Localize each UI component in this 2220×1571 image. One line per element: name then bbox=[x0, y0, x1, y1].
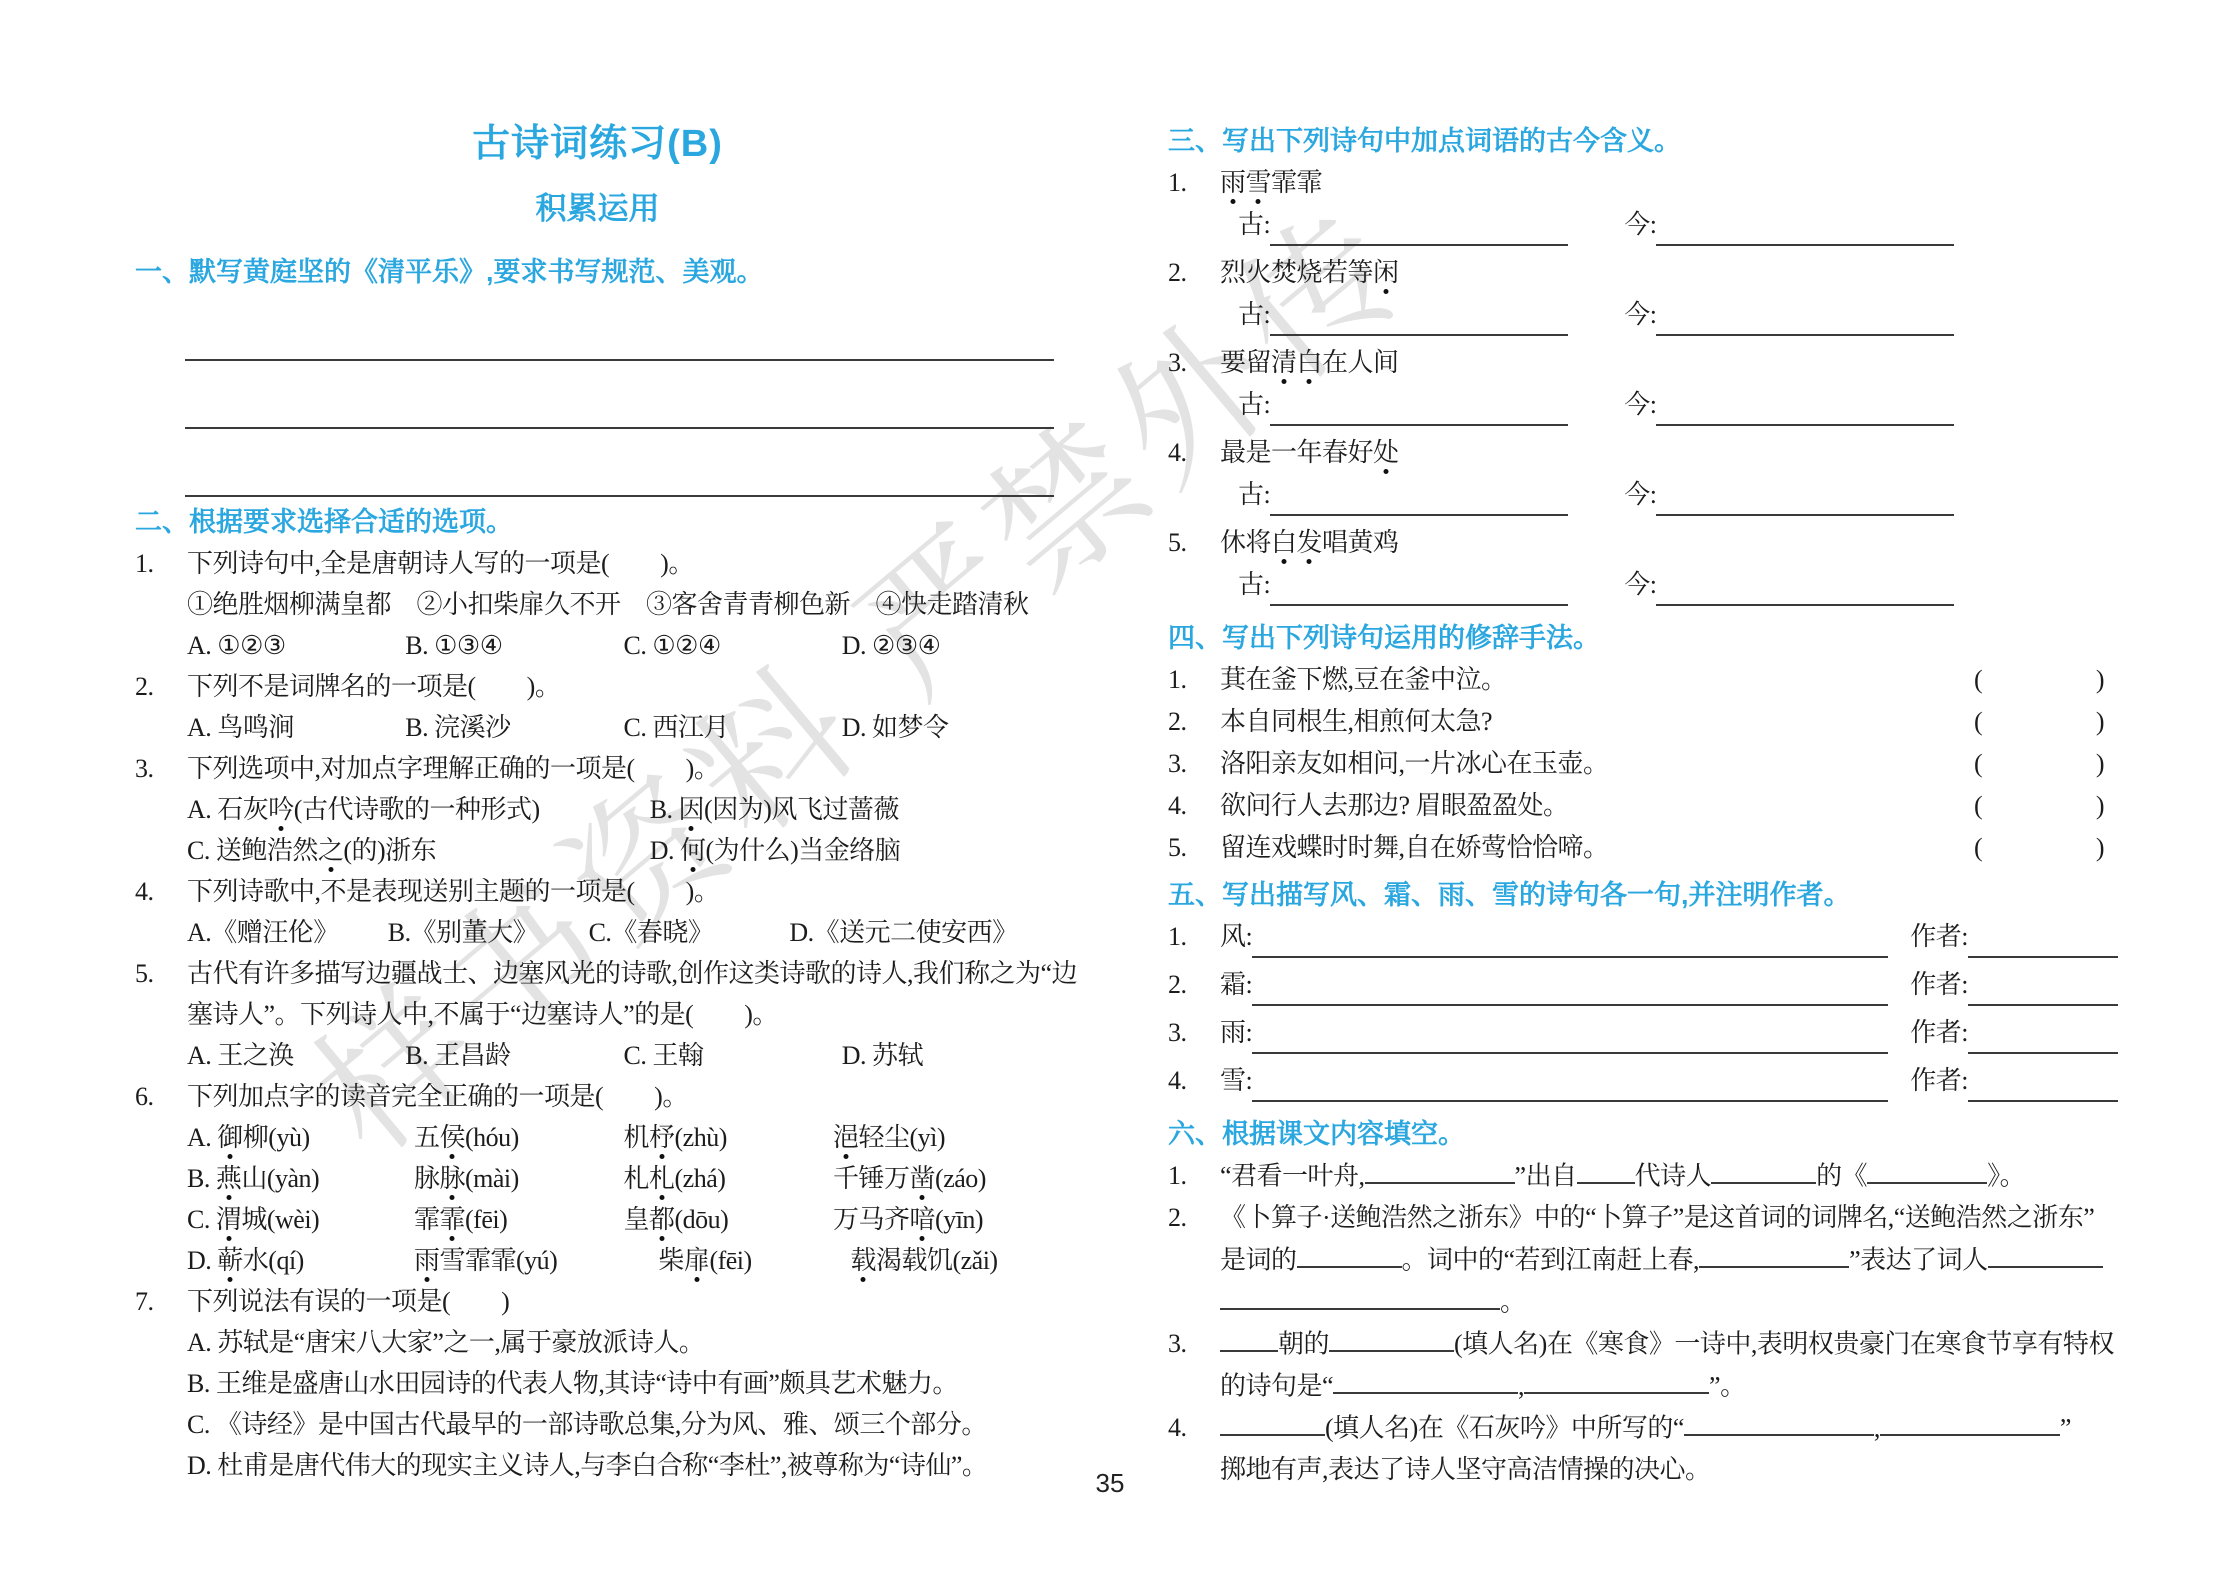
text-segment: 千锤万 bbox=[833, 1164, 910, 1193]
ancient-label: 古: bbox=[1238, 474, 1270, 516]
text-segment: “君看一叶舟, bbox=[1220, 1161, 1365, 1190]
option: D. 何(为什么)当金络脑 bbox=[650, 830, 1060, 871]
text-segment: 五 bbox=[414, 1123, 440, 1152]
ancient-modern-row: 古:今: bbox=[1168, 474, 2118, 522]
text-segment: 古代有许多描写边疆战士、边塞风光的诗歌,创作这类诗歌的诗人,我们称之为“边 bbox=[187, 959, 1077, 988]
item-number: 1. bbox=[135, 543, 187, 584]
modern-label: 今: bbox=[1624, 474, 1656, 516]
modern-meaning: 今: bbox=[1624, 294, 1954, 336]
text-segment: A. 石灰 bbox=[187, 795, 268, 824]
emphasis-dot-char: 凿 bbox=[910, 1164, 936, 1193]
item-number: 4. bbox=[1168, 785, 1220, 827]
item-number: 4. bbox=[1168, 1060, 1220, 1102]
close-paren: ) bbox=[2096, 785, 2104, 827]
question-line: 7.下列说法有误的一项是( ) bbox=[135, 1281, 1060, 1322]
option: 柴扉(fēi) bbox=[658, 1240, 850, 1281]
emphasis-dot-char: 扉 bbox=[684, 1246, 710, 1275]
text-segment: ”。 bbox=[1709, 1371, 1746, 1400]
poem-sentence: 留连戏蝶时时舞,自在娇莺恰恰啼。 bbox=[1220, 827, 1609, 869]
options-row: A. 王之涣B. 王昌龄C. 王翰D. 苏轼 bbox=[135, 1035, 1060, 1076]
section-heading: 一、默写黄庭坚的《清平乐》,要求书写规范、美观。 bbox=[135, 252, 1060, 293]
options-row: A. ①②③B. ①③④C. ①②④D. ②③④ bbox=[135, 625, 1060, 666]
option: D. ②③④ bbox=[842, 625, 1060, 666]
modern-meaning: 今: bbox=[1624, 204, 1954, 246]
text-segment: 要留 bbox=[1220, 348, 1271, 377]
text-segment: B. bbox=[650, 795, 679, 824]
page-title: 古诗词练习(B) bbox=[135, 112, 1060, 167]
ancient-label: 古: bbox=[1238, 384, 1270, 426]
ancient-meaning-blank[interactable] bbox=[1270, 308, 1568, 336]
close-paren: ) bbox=[2096, 659, 2104, 701]
text-segment: 在人间 bbox=[1322, 348, 1399, 377]
options-row: A. 御柳(yù)五侯(hóu)机杼(zhù)浥轻尘(yì) bbox=[135, 1117, 1060, 1158]
question-line: 2.《卜算子·送鲍浩然之浙东》中的“卜算子”是这首词的词牌名,“送鲍浩然之浙东” bbox=[1168, 1197, 2118, 1239]
text-segment: 的诗句是“ bbox=[1220, 1371, 1333, 1400]
option: D. 蕲水(qí) bbox=[187, 1240, 414, 1281]
item-number: 3. bbox=[1168, 342, 1220, 384]
emphasis-dot-char: 白 bbox=[1297, 348, 1323, 377]
fill-blank[interactable] bbox=[1220, 1281, 1500, 1310]
text-segment: 。 bbox=[1500, 1287, 1526, 1316]
modern-meaning-blank[interactable] bbox=[1656, 578, 1954, 606]
option: D.《送元二使安西》 bbox=[789, 912, 1060, 953]
continuation-line: C. 《诗经》是中国古代最早的一部诗歌总集,分为风、雅、颂三个部分。 bbox=[135, 1404, 1060, 1445]
continuation-line: B. 王维是盛唐山水田园诗的代表人物,其诗“诗中有画”颇具艺术魅力。 bbox=[135, 1363, 1060, 1404]
text-segment: C. 《诗经》是中国古代最早的一部诗歌总集,分为风、雅、颂三个部分。 bbox=[187, 1410, 987, 1439]
right-column: 三、写出下列诗句中加点词语的古今含义。1.雨雪霏霏古:今:2.烈火焚烧若等闲古:… bbox=[1168, 0, 2118, 1491]
modern-meaning-blank[interactable] bbox=[1656, 398, 1954, 426]
option: 皇都(dōu) bbox=[623, 1199, 833, 1240]
option: C.《春晓》 bbox=[589, 912, 790, 953]
option: 浥轻尘(yì) bbox=[833, 1117, 1060, 1158]
poem-author-row: 3.雨:作者: bbox=[1168, 1012, 2118, 1060]
text-segment: B. 王昌龄 bbox=[405, 1041, 510, 1070]
item-number: 1. bbox=[1168, 1155, 1220, 1197]
author-blank[interactable] bbox=[1968, 978, 2118, 1006]
option: 机杼(zhù) bbox=[623, 1117, 833, 1158]
text-segment: 休将 bbox=[1220, 528, 1271, 557]
text-segment: ”出自 bbox=[1515, 1161, 1577, 1190]
rhetoric-question-line: 1.萁在釜下燃,豆在釜中泣。() bbox=[1168, 659, 2118, 701]
emphasis-dot-char: 载 bbox=[850, 1246, 876, 1275]
rhetoric-answer-slot[interactable]: () bbox=[1974, 743, 2104, 785]
fill-blank[interactable] bbox=[1699, 1239, 1849, 1268]
text-segment: B. ①③④ bbox=[405, 631, 502, 660]
rhetoric-answer-slot[interactable]: () bbox=[1974, 701, 2104, 743]
text-segment: (古代诗歌的一种形式) bbox=[294, 795, 540, 824]
option: C. 王翰 bbox=[624, 1035, 842, 1076]
ancient-meaning-blank[interactable] bbox=[1270, 578, 1568, 606]
item-number: 3. bbox=[1168, 1323, 1220, 1365]
text-segment: A. bbox=[187, 1123, 217, 1152]
question-line: 5.休将白发唱黄鸡 bbox=[1168, 522, 2118, 564]
open-paren: ( bbox=[1974, 743, 1982, 785]
option: 脉脉(mài) bbox=[414, 1158, 624, 1199]
text-segment: 札 bbox=[623, 1164, 649, 1193]
author-blank[interactable] bbox=[1968, 1026, 2118, 1054]
option: C. 西江月 bbox=[624, 707, 842, 748]
rhetoric-question-line: 2.本自同根生,相煎何太急?() bbox=[1168, 701, 2118, 743]
text-segment: (填人名)在《石灰吟》中所写的“ bbox=[1325, 1413, 1684, 1442]
text-segment: (zhù) bbox=[675, 1123, 727, 1152]
question-line: 3.朝的(填人名)在《寒食》一诗中,表明权贵豪门在寒食节享有特权 bbox=[1168, 1323, 2118, 1365]
author-label: 作者: bbox=[1910, 1012, 1968, 1054]
author-blank[interactable] bbox=[1968, 930, 2118, 958]
poem-author-row: 4.雪:作者: bbox=[1168, 1060, 2118, 1108]
text-segment: ”表达了词人 bbox=[1849, 1245, 1988, 1274]
text-segment: 渴载饥(zǎi) bbox=[876, 1246, 998, 1275]
text-segment: C. ①②④ bbox=[624, 631, 721, 660]
rhetoric-question-line: 4.欲问行人去那边? 眉眼盈盈处。() bbox=[1168, 785, 2118, 827]
item-number: 2. bbox=[1168, 701, 1220, 743]
ancient-modern-row: 古:今: bbox=[1168, 204, 2118, 252]
question-line: 3.要留清白在人间 bbox=[1168, 342, 2118, 384]
fill-blank[interactable] bbox=[1880, 1407, 2060, 1436]
author-blank[interactable] bbox=[1968, 1074, 2118, 1102]
question-line: 4.下列诗歌中,不是表现送别主题的一项是( )。 bbox=[135, 871, 1060, 912]
option: 载渴载饥(zǎi) bbox=[850, 1240, 1060, 1281]
fill-blank[interactable] bbox=[1297, 1239, 1402, 1268]
emphasis-dot-char: 霏 bbox=[439, 1205, 465, 1234]
category-label: 风: bbox=[1220, 916, 1252, 958]
continuation-line: 。 bbox=[1168, 1281, 2118, 1323]
emphasis-dot-char: 蕲 bbox=[217, 1246, 243, 1275]
item-number: 3. bbox=[1168, 743, 1220, 785]
modern-meaning-blank[interactable] bbox=[1656, 308, 1954, 336]
option: D. 苏轼 bbox=[842, 1035, 1060, 1076]
emphasis-dot-char: 清 bbox=[1271, 348, 1297, 377]
author-label: 作者: bbox=[1910, 1060, 1968, 1102]
emphasis-dot-char: 喑 bbox=[910, 1205, 936, 1234]
text-segment: B.《别董大》 bbox=[388, 918, 538, 947]
emphasis-dot-char: 白 bbox=[1271, 528, 1297, 557]
text-segment: (yīn) bbox=[935, 1205, 983, 1234]
continuation-line: 塞诗人”。下列诗人中,不属于“边塞诗人”的是( )。 bbox=[135, 994, 1060, 1035]
text-segment: (záo) bbox=[935, 1164, 986, 1193]
item-number: 1. bbox=[1168, 659, 1220, 701]
fill-blank[interactable] bbox=[1577, 1155, 1635, 1184]
text-segment: 下列说法有误的一项是( ) bbox=[187, 1287, 509, 1316]
emphasis-dot-char: 何 bbox=[680, 836, 706, 865]
text-segment: (的)浙东 bbox=[343, 836, 436, 865]
poem-sentence: 洛阳亲友如相问,一片冰心在玉壶。 bbox=[1220, 743, 1609, 785]
poem-author-row: 1.风:作者: bbox=[1168, 916, 2118, 964]
text-segment: 城(wèi) bbox=[241, 1205, 319, 1234]
text-segment: (因为)风飞过蔷薇 bbox=[704, 795, 899, 824]
text-segment: 下列不是词牌名的一项是( )。 bbox=[187, 672, 560, 701]
option: A. 鸟鸣涧 bbox=[187, 707, 405, 748]
continuation-line: 的诗句是“,”。 bbox=[1168, 1365, 2118, 1407]
close-paren: ) bbox=[2096, 743, 2104, 785]
text-segment: 唱黄鸡 bbox=[1322, 528, 1399, 557]
text-segment: (zhá) bbox=[675, 1164, 726, 1193]
text-segment: 机 bbox=[623, 1123, 649, 1152]
text-segment: 万马齐 bbox=[833, 1205, 910, 1234]
close-paren: ) bbox=[2096, 827, 2104, 869]
item-number: 5. bbox=[135, 953, 187, 994]
question-line: 4.(填人名)在《石灰吟》中所写的“,” bbox=[1168, 1407, 2118, 1449]
text-segment: D. ②③④ bbox=[842, 631, 941, 660]
text-segment: A. 苏轼是“唐宋八大家”之一,属于豪放派诗人。 bbox=[187, 1328, 704, 1357]
rhetoric-question-line: 5.留连戏蝶时时舞,自在娇莺恰恰啼。() bbox=[1168, 827, 2118, 869]
fill-blank[interactable] bbox=[1365, 1155, 1515, 1184]
item-number: 4. bbox=[135, 871, 187, 912]
left-column: 古诗词练习(B) 积累运用 一、默写黄庭坚的《清平乐》,要求书写规范、美观。二、… bbox=[135, 0, 1060, 1486]
fill-blank[interactable] bbox=[1524, 1365, 1709, 1394]
option: C. 送鲍浩然之(的)浙东 bbox=[187, 830, 650, 871]
text-segment: 是词的 bbox=[1220, 1245, 1297, 1274]
text-segment: (mài) bbox=[465, 1164, 519, 1193]
question-line: 4.最是一年春好处 bbox=[1168, 432, 2118, 474]
option: D. 如梦令 bbox=[842, 707, 1060, 748]
option: 千锤万凿(záo) bbox=[833, 1158, 1060, 1199]
option: A.《赠汪伦》 bbox=[187, 912, 388, 953]
option: 万马齐喑(yīn) bbox=[833, 1199, 1060, 1240]
emphasis-dot-char: 之 bbox=[318, 836, 344, 865]
modern-meaning-blank[interactable] bbox=[1656, 488, 1954, 516]
text-segment: 柴 bbox=[658, 1246, 684, 1275]
option: B. 王昌龄 bbox=[405, 1035, 623, 1076]
text-segment: D.《送元二使安西》 bbox=[789, 918, 1017, 947]
item-number: 1. bbox=[1168, 916, 1220, 958]
text-segment: D. 苏轼 bbox=[842, 1041, 923, 1070]
question-line: 1.“君看一叶舟,”出自代诗人的《》。 bbox=[1168, 1155, 2118, 1197]
option: B.《别董大》 bbox=[388, 912, 589, 953]
options-row: A.《赠汪伦》B.《别董大》C.《春晓》D.《送元二使安西》 bbox=[135, 912, 1060, 953]
answer-writing-line[interactable] bbox=[185, 429, 1054, 497]
item-number: 3. bbox=[1168, 1012, 1220, 1054]
option: A. ①②③ bbox=[187, 625, 405, 666]
text-segment: 皇 bbox=[623, 1205, 649, 1234]
text-segment: 水(qí) bbox=[243, 1246, 304, 1275]
text-segment: ” bbox=[2060, 1413, 2071, 1442]
text-segment: 》。 bbox=[1987, 1161, 2025, 1190]
question-line: 2.烈火焚烧若等闲 bbox=[1168, 252, 2118, 294]
continuation-line: ①绝胜烟柳满皇都 ②小扣柴扉久不开 ③客舍青青柳色新 ④快走踏清秋 bbox=[135, 584, 1060, 625]
fill-blank[interactable] bbox=[1220, 1323, 1278, 1352]
close-paren: ) bbox=[2096, 701, 2104, 743]
item-number: 7. bbox=[135, 1281, 187, 1322]
rhetoric-answer-slot[interactable]: () bbox=[1974, 785, 2104, 827]
ancient-modern-row: 古:今: bbox=[1168, 564, 2118, 612]
emphasis-dot-char: 处 bbox=[1373, 438, 1399, 467]
modern-meaning: 今: bbox=[1624, 564, 1954, 606]
text-segment: 轻尘(yì) bbox=[859, 1123, 946, 1152]
text-segment: (fēi) bbox=[465, 1205, 507, 1234]
question-line: 1.下列诗句中,全是唐朝诗人写的一项是( )。 bbox=[135, 543, 1060, 584]
ancient-meaning: 古: bbox=[1238, 204, 1568, 246]
options-row: A. 石灰吟(古代诗歌的一种形式)B. 因(因为)风飞过蔷薇 bbox=[135, 789, 1060, 830]
fill-blank[interactable] bbox=[1333, 1365, 1518, 1394]
text-segment: A. 鸟鸣涧 bbox=[187, 713, 294, 742]
answer-writing-line[interactable] bbox=[185, 361, 1054, 429]
text-segment: 。词中的“若到江南赶上春, bbox=[1402, 1245, 1700, 1274]
text-segment: C. 西江月 bbox=[624, 713, 729, 742]
item-number: 1. bbox=[1168, 162, 1220, 204]
emphasis-dot-char: 札 bbox=[649, 1164, 675, 1193]
text-segment: 霏霏 bbox=[1271, 168, 1322, 197]
option: B. 浣溪沙 bbox=[405, 707, 623, 748]
text-segment: (hóu) bbox=[465, 1123, 519, 1152]
text-segment: 脉 bbox=[414, 1164, 440, 1193]
option: C. ①②④ bbox=[624, 625, 842, 666]
option: B. ①③④ bbox=[405, 625, 623, 666]
text-segment: C. 王翰 bbox=[624, 1041, 704, 1070]
option: C. 渭城(wèi) bbox=[187, 1199, 414, 1240]
fill-blank[interactable] bbox=[1684, 1407, 1874, 1436]
item-number: 5. bbox=[1168, 522, 1220, 564]
question-line: 5.古代有许多描写边疆战士、边塞风光的诗歌,创作这类诗歌的诗人,我们称之为“边 bbox=[135, 953, 1060, 994]
poem-line-blank[interactable] bbox=[1252, 978, 1888, 1006]
open-paren: ( bbox=[1974, 701, 1982, 743]
text-segment: (fēi) bbox=[709, 1246, 751, 1275]
fill-blank[interactable] bbox=[1220, 1407, 1325, 1436]
rhetoric-answer-slot[interactable]: () bbox=[1974, 659, 2104, 701]
ancient-meaning-blank[interactable] bbox=[1270, 488, 1568, 516]
text-segment: 下列诗句中,全是唐朝诗人写的一项是( )。 bbox=[187, 549, 694, 578]
emphasis-dot-char: 吟 bbox=[268, 795, 294, 824]
fill-blank[interactable] bbox=[1711, 1155, 1816, 1184]
fill-blank[interactable] bbox=[1988, 1239, 2103, 1268]
option: 霏霏(fēi) bbox=[414, 1199, 624, 1240]
modern-meaning: 今: bbox=[1624, 474, 1954, 516]
item-number: 4. bbox=[1168, 432, 1220, 474]
poem-line-blank[interactable] bbox=[1252, 1074, 1888, 1102]
text-segment: 最是一年春好 bbox=[1220, 438, 1373, 467]
item-number: 2. bbox=[135, 666, 187, 707]
ancient-meaning: 古: bbox=[1238, 384, 1568, 426]
ancient-modern-row: 古:今: bbox=[1168, 384, 2118, 432]
emphasis-dot-char: 渭 bbox=[216, 1205, 242, 1234]
modern-label: 今: bbox=[1624, 384, 1656, 426]
emphasis-dot-char: 侯 bbox=[439, 1123, 465, 1152]
text-segment: D. bbox=[650, 836, 680, 865]
text-segment: 山(yàn) bbox=[241, 1164, 319, 1193]
text-segment: D. bbox=[187, 1246, 217, 1275]
emphasis-dot-char: 发 bbox=[1297, 528, 1323, 557]
emphasis-dot-char: 燕 bbox=[216, 1164, 242, 1193]
text-segment: B. 王维是盛唐山水田园诗的代表人物,其诗“诗中有画”颇具艺术魅力。 bbox=[187, 1369, 958, 1398]
poem-author-row: 2.霜:作者: bbox=[1168, 964, 2118, 1012]
item-number: 2. bbox=[1168, 964, 1220, 1006]
page-subtitle: 积累运用 bbox=[135, 183, 1060, 228]
emphasis-dot-char: 杼 bbox=[649, 1123, 675, 1152]
text-segment: 烈火焚烧若等 bbox=[1220, 258, 1373, 287]
ancient-label: 古: bbox=[1238, 564, 1270, 606]
question-line: 3.下列选项中,对加点字理解正确的一项是( )。 bbox=[135, 748, 1060, 789]
options-row: A. 鸟鸣涧B. 浣溪沙C. 西江月D. 如梦令 bbox=[135, 707, 1060, 748]
section-heading: 三、写出下列诗句中加点词语的古今含义。 bbox=[1168, 120, 2118, 162]
open-paren: ( bbox=[1974, 659, 1982, 701]
page-number: 35 bbox=[0, 1468, 2220, 1499]
item-number: 2. bbox=[1168, 252, 1220, 294]
text-segment: B. 浣溪沙 bbox=[405, 713, 510, 742]
rhetoric-answer-slot[interactable]: () bbox=[1974, 827, 2104, 869]
option: A. 王之涣 bbox=[187, 1035, 405, 1076]
text-segment: A.《赠汪伦》 bbox=[187, 918, 339, 947]
text-segment: 《卜算子·送鲍浩然之浙东》中的“卜算子”是这首词的词牌名,“送鲍浩然之浙东” bbox=[1220, 1203, 2094, 1232]
category-label: 霜: bbox=[1220, 964, 1252, 1006]
emphasis-dot-char: 雪 bbox=[1246, 168, 1272, 197]
item-number: 4. bbox=[1168, 1407, 1220, 1449]
section-heading: 二、根据要求选择合适的选项。 bbox=[135, 502, 1060, 543]
option: 札札(zhá) bbox=[623, 1158, 833, 1199]
answer-writing-line[interactable] bbox=[185, 293, 1054, 361]
fill-blank[interactable] bbox=[1329, 1323, 1454, 1352]
emphasis-dot-char: 闲 bbox=[1373, 258, 1399, 287]
category-label: 雪: bbox=[1220, 1060, 1252, 1102]
text-segment: 柳(yù) bbox=[243, 1123, 310, 1152]
option: A. 石灰吟(古代诗歌的一种形式) bbox=[187, 789, 650, 830]
ancient-meaning: 古: bbox=[1238, 294, 1568, 336]
emphasis-dot-char: 雨 bbox=[414, 1246, 440, 1275]
text-segment: D. 如梦令 bbox=[842, 713, 949, 742]
options-row: B. 燕山(yàn)脉脉(mài)札札(zhá)千锤万凿(záo) bbox=[135, 1158, 1060, 1199]
emphasis-dot-char: 因 bbox=[679, 795, 705, 824]
ancient-meaning-blank[interactable] bbox=[1270, 218, 1568, 246]
modern-label: 今: bbox=[1624, 294, 1656, 336]
text-segment: (dōu) bbox=[675, 1205, 729, 1234]
ancient-meaning-blank[interactable] bbox=[1270, 398, 1568, 426]
text-segment: (填人名)在《寒食》一诗中,表明权贵豪门在寒食节享有特权 bbox=[1454, 1329, 2114, 1358]
text-segment: (为什么)当金络脑 bbox=[705, 836, 900, 865]
item-number: 3. bbox=[135, 748, 187, 789]
text-segment: ①绝胜烟柳满皇都 ②小扣柴扉久不开 ③客舍青青柳色新 ④快走踏清秋 bbox=[187, 590, 1029, 619]
poem-sentence: 欲问行人去那边? 眉眼盈盈处。 bbox=[1220, 785, 1569, 827]
emphasis-dot-char: 浥 bbox=[833, 1123, 859, 1152]
question-line: 1.雨雪霏霏 bbox=[1168, 162, 2118, 204]
modern-label: 今: bbox=[1624, 564, 1656, 606]
item-number: 2. bbox=[1168, 1197, 1220, 1239]
text-segment: B. bbox=[187, 1164, 216, 1193]
text-segment: C. 送鲍浩然 bbox=[187, 836, 318, 865]
fill-blank[interactable] bbox=[1867, 1155, 1987, 1184]
text-segment: 雪霏霏(yú) bbox=[439, 1246, 557, 1275]
category-label: 雨: bbox=[1220, 1012, 1252, 1054]
emphasis-dot-char: 都 bbox=[649, 1205, 675, 1234]
text-segment: 下列选项中,对加点字理解正确的一项是( )。 bbox=[187, 754, 719, 783]
question-line: 6.下列加点字的读音完全正确的一项是( )。 bbox=[135, 1076, 1060, 1117]
section-heading: 四、写出下列诗句运用的修辞手法。 bbox=[1168, 617, 2118, 659]
ancient-label: 古: bbox=[1238, 294, 1270, 336]
emphasis-dot-char: 雨 bbox=[1220, 168, 1246, 197]
ancient-modern-row: 古:今: bbox=[1168, 294, 2118, 342]
ancient-meaning: 古: bbox=[1238, 474, 1568, 516]
text-segment: 的《 bbox=[1816, 1161, 1867, 1190]
section-heading: 六、根据课文内容填空。 bbox=[1168, 1113, 2118, 1155]
author-label: 作者: bbox=[1910, 964, 1968, 1006]
text-segment: 下列诗歌中,不是表现送别主题的一项是( )。 bbox=[187, 877, 719, 906]
rhetoric-question-line: 3.洛阳亲友如相问,一片冰心在玉壶。() bbox=[1168, 743, 2118, 785]
continuation-line: A. 苏轼是“唐宋八大家”之一,属于豪放派诗人。 bbox=[135, 1322, 1060, 1363]
item-number: 5. bbox=[1168, 827, 1220, 869]
author-label: 作者: bbox=[1910, 916, 1968, 958]
open-paren: ( bbox=[1974, 827, 1982, 869]
ancient-meaning: 古: bbox=[1238, 564, 1568, 606]
text-segment: 下列加点字的读音完全正确的一项是( )。 bbox=[187, 1082, 688, 1111]
poem-line-blank[interactable] bbox=[1252, 1026, 1888, 1054]
modern-meaning: 今: bbox=[1624, 384, 1954, 426]
text-segment: 塞诗人”。下列诗人中,不属于“边塞诗人”的是( )。 bbox=[187, 1000, 778, 1029]
continuation-line: 是词的。词中的“若到江南赶上春,”表达了词人 bbox=[1168, 1239, 2118, 1281]
poem-line-blank[interactable] bbox=[1252, 930, 1888, 958]
emphasis-dot-char: 御 bbox=[217, 1123, 243, 1152]
modern-label: 今: bbox=[1624, 204, 1656, 246]
left-rows: 一、默写黄庭坚的《清平乐》,要求书写规范、美观。二、根据要求选择合适的选项。1.… bbox=[135, 252, 1060, 1486]
question-line: 2.下列不是词牌名的一项是( )。 bbox=[135, 666, 1060, 707]
option: 雨雪霏霏(yú) bbox=[414, 1240, 658, 1281]
modern-meaning-blank[interactable] bbox=[1656, 218, 1954, 246]
